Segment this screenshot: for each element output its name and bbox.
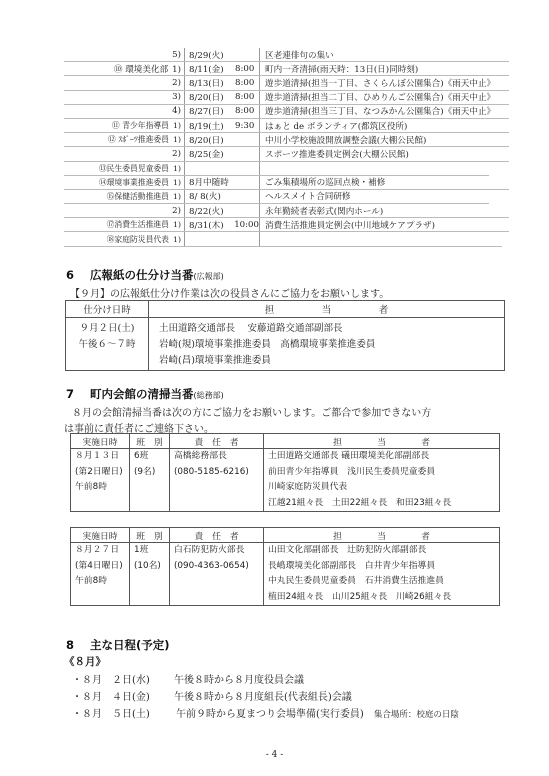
schedule-row: ⑰消費生活推進員1)8/31(木)10:00消費生活推進員定例会(中川地域ケアプ… [64,218,509,232]
newsletter-sorting-table: 仕分け日時 担 当 者 ９月２日(土) 午後６～７時 土田道路交通部長 安藤道路… [65,300,505,371]
schedule-item: ・８月 ５日(土)午前９時から夏まつり会場準備(実行委員)集合場所：校庭の日陰 [72,705,459,720]
description-cell [259,162,489,175]
role-cell: ⑩ 環境美化部1) [64,63,184,75]
schedule-row: 4)8/27(日)8:00遊歩道清掃(担当三丁目、なつみかん公園集合)《雨天中止… [64,105,509,119]
column-header-staff: 担 当 者 [264,434,500,449]
schedule-item: ・８月 ２日(水)午後８時から８月度役員会議 [72,671,304,686]
description-cell: 遊歩道清掃(担当三丁目、なつみかん公園集合)《雨天中止》 [259,105,509,118]
date-cell: 8月中随時 [184,176,259,189]
role-cell: 4) [64,106,184,116]
column-header-group: 班 別 [130,528,170,543]
role-cell: 2) [64,149,184,159]
month-heading: 《８月》 [64,654,106,669]
description-cell [259,232,502,245]
schedule-row: ⑫ ｽﾎﾟｰﾂ推進委員1)8/20(日)中川小学校施設開放調整会議(大棚公民館) [64,133,509,147]
description-cell: 区老連俳句の集い [259,48,509,61]
cleaning-duty-table-2: 実施日時 班 別 責 任 者 担 当 者 ８月２７日 (第4日曜日) 午前8時 … [70,527,500,606]
description-cell: 町内一斉清掃(雨天時：13日(日)同時刻) [259,62,509,75]
role-cell: ⑪ 青少年指導員1) [64,120,184,131]
description-cell: 中川小学校施設開放調整会議(大棚公民館) [259,133,509,146]
column-header-leader: 責 任 者 [170,528,264,543]
schedule-row: 2)8/13(日)8:00遊歩道清掃(担当一丁目、さくらんぼ公園集合)《雨天中止… [64,76,509,90]
description-cell: ヘルスメイト合同研修 [259,190,489,203]
cleaning-duty-table-1: 実施日時 班 別 責 任 者 担 当 者 ８月１３日 (第2日曜日) 午前8時 … [70,433,500,512]
date-cell: 8/20(日)8:00 [184,91,259,104]
description-cell: はぁと de ボランティア(都筑区役所) [259,119,509,132]
schedule-row: ⑬民生委員児童委員1) [64,162,489,176]
schedule-row: ⑩ 環境美化部1)8/11(金)8:00町内一斉清掃(雨天時：13日(日)同時刻… [64,62,509,76]
description-cell: スポーツ推進委員定例会(大棚公民館) [259,147,509,160]
section-6-intro: 【９月】の広報紙仕分け作業は次の役員さんにご協力をお願いします。 [70,285,389,300]
date-cell: 8/19(土)9:30 [184,119,259,132]
duty-group-cell: 1班 (10名) [130,543,170,606]
meeting-place-note: 集合場所：校庭の日陰 [374,710,459,720]
page-number: - 4 - [0,750,549,760]
role-cell: 2) [64,78,184,88]
schedule-row: ⑱家庭防災員代表1) [64,232,502,246]
description-cell: ごみ集積場所の巡回点検・補修 [259,176,509,189]
date-cell: 8/13(日)8:00 [184,76,259,89]
schedule-row: 5)8/29(火)区老連俳句の集い [64,48,509,62]
description-cell: 遊歩道清掃(担当二丁目、ひめりんご公園集合)《雨天中止》 [259,91,509,104]
duty-staff-cell: 山田文化部副部長 辻防犯防火部副部長 長嶋環境美化部副部長 白井青少年指導員 中… [264,543,500,606]
date-cell: 8/20(日) [184,133,259,146]
schedule-row: ⑪ 青少年指導員1)8/19(土)9:30はぁと de ボランティア(都筑区役所… [64,119,509,133]
date-cell: 8/27(日)8:00 [184,105,259,118]
column-header-staff: 担 当 者 [149,301,505,318]
duty-date-cell: ８月１３日 (第2日曜日) 午前8時 [71,449,130,512]
role-cell: ⑫ ｽﾎﾟｰﾂ推進委員1) [64,134,184,145]
date-cell: 8/22(火) [184,204,259,217]
schedule-row: 2)8/25(金)スポーツ推進委員定例会(大棚公民館) [64,147,509,161]
schedule-table: 5)8/29(火)区老連俳句の集い⑩ 環境美化部1)8/11(金)8:00町内一… [64,48,509,247]
section-6-heading: 6広報紙の仕分け当番(広報部) [66,267,224,283]
schedule-row: 3)8/20(日)8:00遊歩道清掃(担当二丁目、ひめりんご公園集合)《雨天中止… [64,91,509,105]
schedule-item: ・８月 ４日(金)午後８時から８月度組長(代表組長)会議 [72,688,352,703]
sorting-date-cell: ９月２日(土) 午後６～７時 [66,318,149,371]
column-header-date: 実施日時 [71,434,130,449]
section-7-intro-line-1: ８月の会館清掃当番は次の方にご協力をお願いします。ご都合で参加できない方 [62,404,431,419]
duty-staff-cell: 土田道路交通部長 礒田環境美化部副部長 前田青少年指導員 浅川民生委員児童委員 … [264,449,500,512]
role-cell: 2) [64,206,184,216]
column-header-date: 仕分け日時 [66,301,149,318]
date-cell: 8/11(金)8:00 [184,62,259,75]
duty-leader-cell: 白石防犯防火部長 (090-4363-0654) [170,543,264,606]
date-cell [184,232,259,245]
column-header-leader: 責 任 者 [170,434,264,449]
duty-leader-cell: 高橋総務部長 (080-5185-6216) [170,449,264,512]
column-header-group: 班 別 [130,434,170,449]
column-header-staff: 担 当 者 [264,528,500,543]
column-header-date: 実施日時 [71,528,130,543]
sorting-staff-cell: 土田道路交通部長 安藤道路交通部副部長 岩崎(規)環境事業推進委員 高橋環境事業… [149,318,505,371]
role-cell: 5) [64,50,184,60]
date-cell [184,162,259,175]
role-cell: ⑮保健活動推進員1) [64,191,184,202]
role-cell: ⑬民生委員児童委員1) [64,163,184,174]
duty-group-cell: 6班 (9名) [130,449,170,512]
role-cell: ⑰消費生活推進員1) [64,219,184,230]
date-cell: 8/29(火) [184,48,259,61]
date-cell: 8/31(木)10:00 [184,218,259,231]
description-cell: 遊歩道清掃(担当一丁目、さくらんぼ公園集合)《雨天中止》 [259,76,509,89]
section-8-heading: 8主な日程(予定) [66,637,170,653]
role-cell: 3) [64,92,184,102]
schedule-row: ⑮保健活動推進員1)8/ 8(火)ヘルスメイト合同研修 [64,190,489,204]
duty-date-cell: ８月２７日 (第4日曜日) 午前8時 [71,543,130,606]
date-cell: 8/25(金) [184,147,259,160]
role-cell: ⑭環境事業推進委員1) [64,177,184,188]
schedule-row: ⑭環境事業推進委員1)8月中随時ごみ集積場所の巡回点検・補修 [64,176,509,190]
schedule-row: 2)8/22(火)永年勤続者表彰式(関内ホール) [64,204,509,218]
description-cell: 消費生活推進員定例会(中川地域ケアプラザ) [259,218,509,231]
section-7-heading: 7町内会館の清掃当番(総務部) [66,386,224,402]
role-cell: ⑱家庭防災員代表1) [64,234,184,245]
description-cell: 永年勤続者表彰式(関内ホール) [259,204,509,217]
date-cell: 8/ 8(火) [184,190,259,203]
